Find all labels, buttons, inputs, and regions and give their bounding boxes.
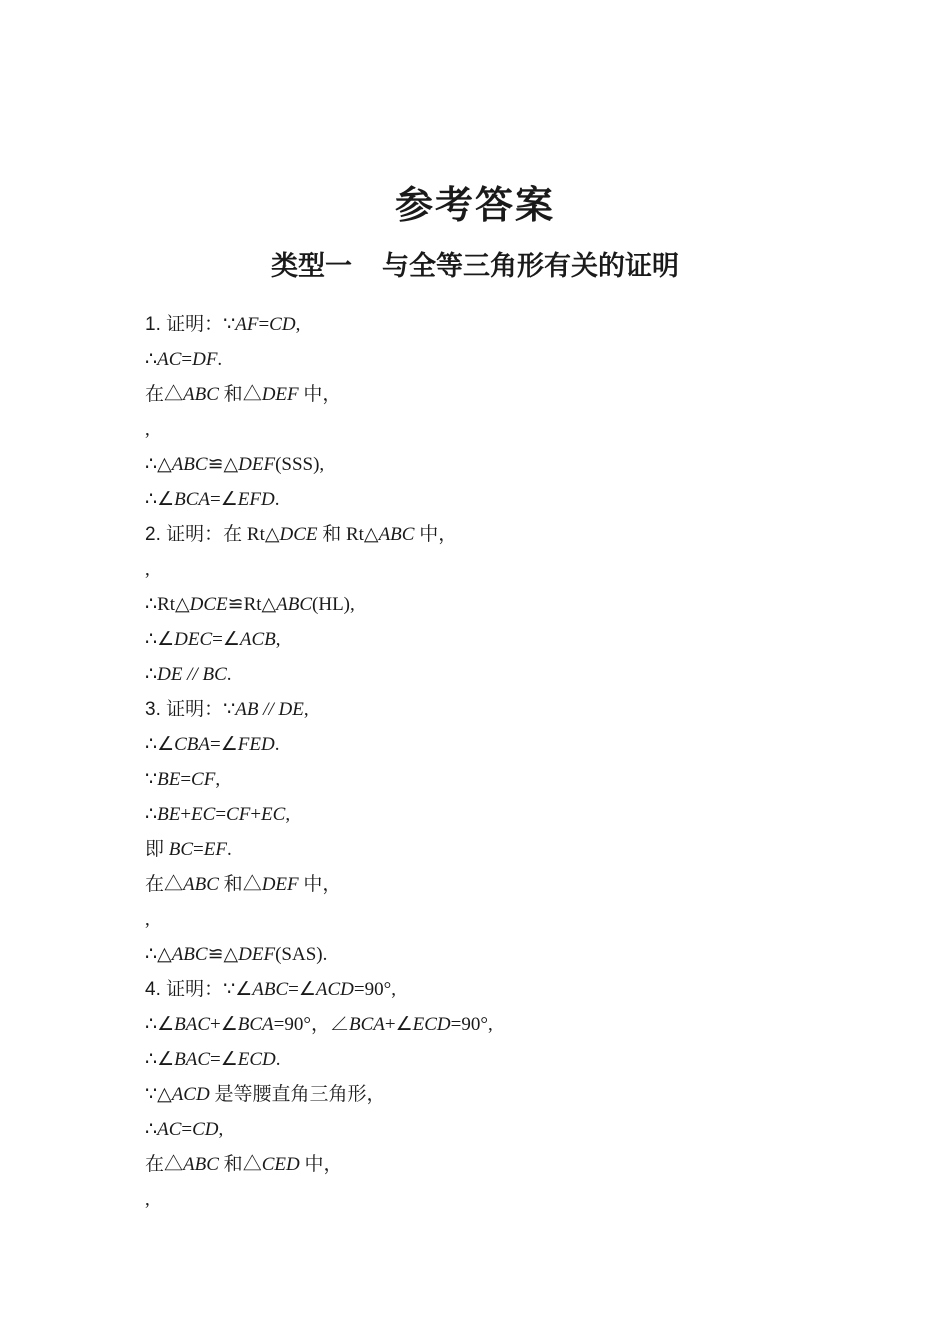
math-symbol: △ <box>164 384 183 405</box>
math-symbol: ∴Rt△ <box>145 594 190 615</box>
math-symbol: +∠ <box>210 1014 238 1035</box>
math-variable: ACD <box>316 979 354 1000</box>
math-symbol: ∵△ <box>145 1084 172 1105</box>
math-variable: BAC <box>174 1049 210 1070</box>
math-symbol: = <box>193 839 204 860</box>
chinese-text: 中， <box>414 524 457 545</box>
document-page: 参考答案 类型一与全等三角形有关的证明 1. 证明：∵AF=CD,∴AC=DF.… <box>0 0 950 1344</box>
math-variable: CF <box>226 804 250 825</box>
proof-line: ∴DE // BC. <box>145 657 830 692</box>
math-variable: AC <box>157 1119 181 1140</box>
proof-line: , <box>145 902 830 937</box>
proof-line: 1. 证明：∵AF=CD, <box>145 307 830 342</box>
proof-line: ∵BE=CF, <box>145 762 830 797</box>
math-symbol: ∴∠ <box>145 629 174 650</box>
proof-line: , <box>145 552 830 587</box>
math-symbol: = <box>180 769 191 790</box>
section-heading-text: 与全等三角形有关的证明 <box>382 251 679 281</box>
math-symbol: ∴∠ <box>145 489 174 510</box>
proof-lines: 1. 证明：∵AF=CD,∴AC=DF.在△ABC 和△DEF 中，,∴△ABC… <box>0 307 950 1217</box>
math-symbol: △ <box>164 874 183 895</box>
math-variable: EFD <box>238 489 275 510</box>
math-symbol: , <box>276 629 281 650</box>
math-symbol: , <box>304 699 309 720</box>
math-symbol: △ <box>243 384 262 405</box>
math-symbol: ∵ <box>223 699 235 720</box>
math-variable: ABC <box>276 594 312 615</box>
math-symbol: ≌△ <box>208 454 239 475</box>
chinese-text: 中， <box>299 384 342 405</box>
math-symbol: ∴∠ <box>145 734 174 755</box>
math-variable: DEF <box>238 944 275 965</box>
math-symbol: =90°, <box>354 979 396 1000</box>
chinese-text: 在 <box>145 874 164 895</box>
math-symbol: ∵ <box>223 314 235 335</box>
math-symbol: = <box>215 804 226 825</box>
math-variable: AF <box>235 314 258 335</box>
math-symbol: =∠ <box>212 629 240 650</box>
math-symbol: ∵∠ <box>223 979 252 1000</box>
math-symbol: ∴∠ <box>145 1049 174 1070</box>
proof-line: ∵△ACD 是等腰直角三角形， <box>145 1077 830 1112</box>
math-variable: DE // BC <box>157 664 227 685</box>
proof-line: 3. 证明：∵AB // DE, <box>145 692 830 727</box>
math-variable: ABC <box>172 454 208 475</box>
math-variable: ECD <box>238 1049 276 1070</box>
math-variable: DEF <box>262 874 299 895</box>
proof-line: ∴∠BAC+∠BCA=90°，∠BCA+∠ECD=90°, <box>145 1007 830 1042</box>
math-symbol: . <box>227 664 232 685</box>
step-label: 1. 证明： <box>145 314 223 335</box>
chinese-text: 在 <box>145 1154 164 1175</box>
math-variable: DCE <box>190 594 228 615</box>
chinese-text: 和 <box>219 384 243 405</box>
math-variable: BC <box>169 839 193 860</box>
math-symbol: , <box>285 804 290 825</box>
math-variable: EC <box>191 804 215 825</box>
math-symbol: ∴△ <box>145 454 172 475</box>
math-symbol: ∠ <box>330 1014 349 1035</box>
math-symbol: △ <box>164 1154 183 1175</box>
math-symbol: . <box>275 734 280 755</box>
math-symbol: (SAS). <box>275 944 327 965</box>
math-symbol: ∴ <box>145 664 157 685</box>
math-symbol: . <box>217 349 222 370</box>
math-symbol: Rt△ <box>346 524 379 545</box>
proof-line: ∴Rt△DCE≌Rt△ABC(HL), <box>145 587 830 622</box>
math-variable: CBA <box>174 734 210 755</box>
chinese-text: 在 <box>223 524 247 545</box>
math-variable: BCA <box>238 1014 274 1035</box>
math-symbol: . <box>275 489 280 510</box>
chinese-text: 和 <box>219 874 243 895</box>
math-variable: BE <box>157 804 180 825</box>
math-symbol: =∠ <box>210 489 238 510</box>
math-symbol: . <box>227 839 232 860</box>
proof-line: , <box>145 1182 830 1217</box>
math-symbol: ∴ <box>145 349 157 370</box>
math-variable: CF <box>191 769 215 790</box>
math-variable: BCA <box>174 489 210 510</box>
proof-line: ∴∠CBA=∠FED. <box>145 727 830 762</box>
math-variable: ABC <box>252 979 288 1000</box>
math-variable: ABC <box>183 384 219 405</box>
math-variable: DEF <box>262 384 299 405</box>
chinese-text: 是等腰直角三角形， <box>210 1084 386 1105</box>
math-symbol: △ <box>243 1154 262 1175</box>
math-symbol: =90°, <box>451 1014 493 1035</box>
math-symbol: , <box>215 769 220 790</box>
proof-line: ∴∠BCA=∠EFD. <box>145 482 830 517</box>
math-variable: DEC <box>174 629 212 650</box>
proof-line: ∴BE+EC=CF+EC, <box>145 797 830 832</box>
proof-line: ∴△ABC≌△DEF(SSS), <box>145 447 830 482</box>
chinese-text: 中， <box>300 1154 343 1175</box>
math-symbol: = <box>181 1119 192 1140</box>
math-variable: CED <box>262 1154 300 1175</box>
math-variable: CD <box>269 314 295 335</box>
math-symbol: , <box>145 419 150 440</box>
math-variable: DCE <box>279 524 317 545</box>
math-symbol: = <box>181 349 192 370</box>
math-variable: AC <box>157 349 181 370</box>
math-variable: ABC <box>379 524 415 545</box>
proof-line: ∴∠DEC=∠ACB, <box>145 622 830 657</box>
proof-line: 在△ABC 和△CED 中， <box>145 1147 830 1182</box>
math-symbol: ∴ <box>145 1119 157 1140</box>
math-symbol: △ <box>243 874 262 895</box>
math-symbol: ∴∠ <box>145 1014 174 1035</box>
math-symbol: , <box>145 909 150 930</box>
proof-line: ∴AC=DF. <box>145 342 830 377</box>
chinese-text: 在 <box>145 384 164 405</box>
math-variable: ABC <box>183 1154 219 1175</box>
proof-line: 2. 证明：在 Rt△DCE 和 Rt△ABC 中， <box>145 517 830 552</box>
math-symbol: =∠ <box>210 734 238 755</box>
step-label: 3. 证明： <box>145 699 223 720</box>
math-symbol: +∠ <box>385 1014 413 1035</box>
math-variable: BE <box>157 769 180 790</box>
proof-line: 4. 证明：∵∠ABC=∠ACD=90°, <box>145 972 830 1007</box>
math-variable: ABC <box>183 874 219 895</box>
proof-line: 在△ABC 和△DEF 中， <box>145 867 830 902</box>
proof-line: , <box>145 412 830 447</box>
math-symbol: ≌△ <box>208 944 239 965</box>
math-variable: EF <box>204 839 227 860</box>
math-variable: BCA <box>349 1014 385 1035</box>
math-symbol: , <box>219 1119 224 1140</box>
math-variable: DEF <box>238 454 275 475</box>
section-heading-label: 类型一 <box>271 251 352 281</box>
math-symbol: ∵ <box>145 769 157 790</box>
math-variable: DF <box>192 349 217 370</box>
page-title: 参考答案 <box>0 184 950 228</box>
chinese-text: 中， <box>299 874 342 895</box>
math-variable: BAC <box>174 1014 210 1035</box>
math-symbol: + <box>180 804 191 825</box>
math-symbol: . <box>276 1049 281 1070</box>
math-symbol: , <box>145 559 150 580</box>
proof-line: ∴∠BAC=∠ECD. <box>145 1042 830 1077</box>
proof-line: ∴AC=CD, <box>145 1112 830 1147</box>
math-symbol: (SSS), <box>275 454 324 475</box>
math-symbol: + <box>250 804 261 825</box>
proof-line: 即 BC=EF. <box>145 832 830 867</box>
math-symbol: = <box>258 314 269 335</box>
math-variable: ABC <box>172 944 208 965</box>
math-variable: ACD <box>172 1084 210 1105</box>
math-symbol: =90°， <box>274 1014 330 1035</box>
math-variable: EC <box>261 804 285 825</box>
proof-line: 在△ABC 和△DEF 中， <box>145 377 830 412</box>
math-variable: CD <box>192 1119 218 1140</box>
math-symbol: =∠ <box>288 979 316 1000</box>
math-symbol: ≌Rt△ <box>228 594 276 615</box>
math-variable: ACB <box>240 629 276 650</box>
chinese-text: 和 <box>317 524 346 545</box>
math-symbol: Rt△ <box>247 524 280 545</box>
math-symbol: ∴△ <box>145 944 172 965</box>
math-variable: FED <box>238 734 275 755</box>
math-variable: AB // DE <box>235 699 304 720</box>
step-label: 4. 证明： <box>145 979 223 1000</box>
proof-line: ∴△ABC≌△DEF(SAS). <box>145 937 830 972</box>
math-symbol: =∠ <box>210 1049 238 1070</box>
chinese-text: 即 <box>145 839 169 860</box>
math-symbol: , <box>145 1189 150 1210</box>
section-heading: 类型一与全等三角形有关的证明 <box>0 249 950 283</box>
math-variable: ECD <box>413 1014 451 1035</box>
math-symbol: (HL), <box>312 594 355 615</box>
math-symbol: ∴ <box>145 804 157 825</box>
chinese-text: 和 <box>219 1154 243 1175</box>
step-label: 2. 证明： <box>145 524 223 545</box>
math-symbol: , <box>296 314 301 335</box>
